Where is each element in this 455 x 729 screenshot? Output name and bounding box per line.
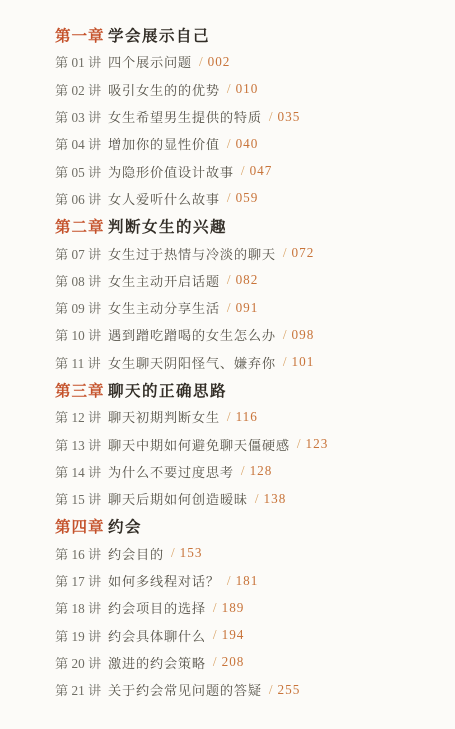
lecture-number: 第 03 讲	[55, 107, 108, 126]
page-separator: /	[269, 682, 273, 698]
lecture-number: 第 02 讲	[55, 80, 108, 99]
page-separator: /	[241, 463, 245, 479]
chapter-title: 约会	[108, 515, 142, 537]
page-number: 035	[278, 109, 301, 125]
page-number: 128	[250, 463, 273, 479]
lecture-title: 为隐形价值设计故事	[108, 162, 234, 181]
page-separator: /	[213, 627, 217, 643]
lecture-title: 增加你的显性价值	[108, 134, 220, 153]
page-number: 010	[236, 81, 259, 97]
chapter-heading: 第一章 学会展示自己	[55, 21, 435, 48]
page-number: 002	[208, 54, 231, 70]
page-separator: /	[241, 163, 245, 179]
page-number: 040	[236, 136, 259, 152]
toc-entry: 第 20 讲 激进的约会策略 / 208	[55, 649, 435, 676]
page-separator: /	[171, 545, 175, 561]
lecture-number: 第 20 讲	[55, 653, 108, 672]
toc-entry: 第 08 讲 女生主动开启话题 / 082	[55, 267, 435, 294]
toc-page: 第一章 学会展示自己 第 01 讲 四个展示问题 / 002 第 02 讲 吸引…	[0, 0, 455, 729]
toc-entry: 第 15 讲 聊天后期如何创造暧昧 / 138	[55, 485, 435, 512]
page-separator: /	[269, 109, 273, 125]
toc-entry: 第 21 讲 关于约会常见问题的答疑 / 255	[55, 676, 435, 703]
chapter-title: 聊天的正确思路	[108, 379, 227, 401]
chapter-title: 学会展示自己	[108, 24, 210, 46]
page-separator: /	[227, 272, 231, 288]
lecture-title: 约会具体聊什么	[108, 626, 206, 645]
lecture-title: 女生主动开启话题	[108, 271, 220, 290]
page-separator: /	[227, 409, 231, 425]
lecture-title: 女生希望男生提供的特质	[108, 107, 262, 126]
lecture-number: 第 04 讲	[55, 134, 108, 153]
page-number: 189	[222, 600, 245, 616]
lecture-number: 第 21 讲	[55, 680, 108, 699]
lecture-title: 吸引女生的的优势	[108, 80, 220, 99]
toc-entry: 第 04 讲 增加你的显性价值 / 040	[55, 130, 435, 157]
page-number: 091	[236, 300, 259, 316]
lecture-title: 女人爱听什么故事	[108, 189, 220, 208]
toc-entry: 第 03 讲 女生希望男生提供的特质 / 035	[55, 103, 435, 130]
page-number: 255	[278, 682, 301, 698]
chapter-number: 第四章	[55, 515, 108, 537]
page-number: 047	[250, 163, 273, 179]
lecture-title: 四个展示问题	[108, 52, 192, 71]
toc-entry: 第 09 讲 女生主动分享生活 / 091	[55, 294, 435, 321]
chapter-number: 第一章	[55, 24, 108, 46]
lecture-number: 第 01 讲	[55, 52, 108, 71]
page-separator: /	[213, 600, 217, 616]
page-separator: /	[283, 245, 287, 261]
page-number: 101	[292, 354, 315, 370]
lecture-number: 第 11 讲	[55, 353, 108, 372]
chapter-number: 第二章	[55, 215, 108, 237]
lecture-title: 关于约会常见问题的答疑	[108, 680, 262, 699]
page-number: 181	[236, 573, 259, 589]
lecture-title: 女生主动分享生活	[108, 298, 220, 317]
toc-entry: 第 05 讲 为隐形价值设计故事 / 047	[55, 157, 435, 184]
toc-entry: 第 13 讲 聊天中期如何避免聊天僵硬感 / 123	[55, 430, 435, 457]
lecture-number: 第 12 讲	[55, 407, 108, 426]
lecture-number: 第 16 讲	[55, 544, 108, 563]
page-separator: /	[227, 136, 231, 152]
toc-entry: 第 10 讲 遇到蹭吃蹭喝的女生怎么办 / 098	[55, 321, 435, 348]
lecture-title: 激进的约会策略	[108, 653, 206, 672]
lecture-number: 第 19 讲	[55, 626, 108, 645]
toc-entry: 第 06 讲 女人爱听什么故事 / 059	[55, 185, 435, 212]
lecture-title: 女生聊天阴阳怪气、嫌弃你	[108, 353, 276, 372]
lecture-title: 为什么不要过度思考	[108, 462, 234, 481]
page-number: 153	[180, 545, 203, 561]
toc-entry: 第 01 讲 四个展示问题 / 002	[55, 48, 435, 75]
page-number: 082	[236, 272, 259, 288]
lecture-number: 第 07 讲	[55, 244, 108, 263]
chapter-heading: 第四章 约会	[55, 512, 435, 539]
lecture-number: 第 05 讲	[55, 162, 108, 181]
chapter-heading: 第二章 判断女生的兴趣	[55, 212, 435, 239]
page-number: 098	[292, 327, 315, 343]
lecture-number: 第 17 讲	[55, 571, 108, 590]
toc-entry: 第 19 讲 约会具体聊什么 / 194	[55, 622, 435, 649]
lecture-number: 第 18 讲	[55, 598, 108, 617]
page-number: 138	[264, 491, 287, 507]
page-number: 123	[306, 436, 329, 452]
chapter-title: 判断女生的兴趣	[108, 215, 227, 237]
toc-entry: 第 16 讲 约会目的 / 153	[55, 540, 435, 567]
page-number: 208	[222, 654, 245, 670]
lecture-title: 聊天初期判断女生	[108, 407, 220, 426]
lecture-number: 第 15 讲	[55, 489, 108, 508]
lecture-title: 遇到蹭吃蹭喝的女生怎么办	[108, 325, 276, 344]
page-separator: /	[199, 54, 203, 70]
lecture-number: 第 13 讲	[55, 435, 108, 454]
lecture-number: 第 10 讲	[55, 325, 108, 344]
toc-entry: 第 12 讲 聊天初期判断女生 / 116	[55, 403, 435, 430]
lecture-title: 聊天中期如何避免聊天僵硬感	[108, 435, 290, 454]
lecture-title: 约会目的	[108, 544, 164, 563]
page-number: 072	[292, 245, 315, 261]
page-separator: /	[297, 436, 301, 452]
lecture-number: 第 14 讲	[55, 462, 108, 481]
lecture-title: 如何多线程对话？	[108, 571, 220, 590]
page-separator: /	[283, 354, 287, 370]
toc-entry: 第 18 讲 约会项目的选择 / 189	[55, 594, 435, 621]
page-separator: /	[227, 573, 231, 589]
chapter-heading: 第三章 聊天的正确思路	[55, 376, 435, 403]
lecture-number: 第 06 讲	[55, 189, 108, 208]
lecture-title: 女生过于热情与冷淡的聊天	[108, 244, 276, 263]
toc-entry: 第 02 讲 吸引女生的的优势 / 010	[55, 76, 435, 103]
lecture-title: 约会项目的选择	[108, 598, 206, 617]
page-separator: /	[255, 491, 259, 507]
page-number: 116	[236, 409, 258, 425]
page-separator: /	[213, 654, 217, 670]
chapter-number: 第三章	[55, 379, 108, 401]
page-separator: /	[283, 327, 287, 343]
toc-entry: 第 14 讲 为什么不要过度思考 / 128	[55, 458, 435, 485]
page-number: 059	[236, 190, 259, 206]
toc-entry: 第 11 讲 女生聊天阴阳怪气、嫌弃你 / 101	[55, 349, 435, 376]
toc-entry: 第 07 讲 女生过于热情与冷淡的聊天 / 072	[55, 239, 435, 266]
page-number: 194	[222, 627, 245, 643]
toc-entry: 第 17 讲 如何多线程对话？ / 181	[55, 567, 435, 594]
lecture-title: 聊天后期如何创造暧昧	[108, 489, 248, 508]
page-separator: /	[227, 190, 231, 206]
lecture-number: 第 08 讲	[55, 271, 108, 290]
page-separator: /	[227, 81, 231, 97]
page-separator: /	[227, 300, 231, 316]
lecture-number: 第 09 讲	[55, 298, 108, 317]
